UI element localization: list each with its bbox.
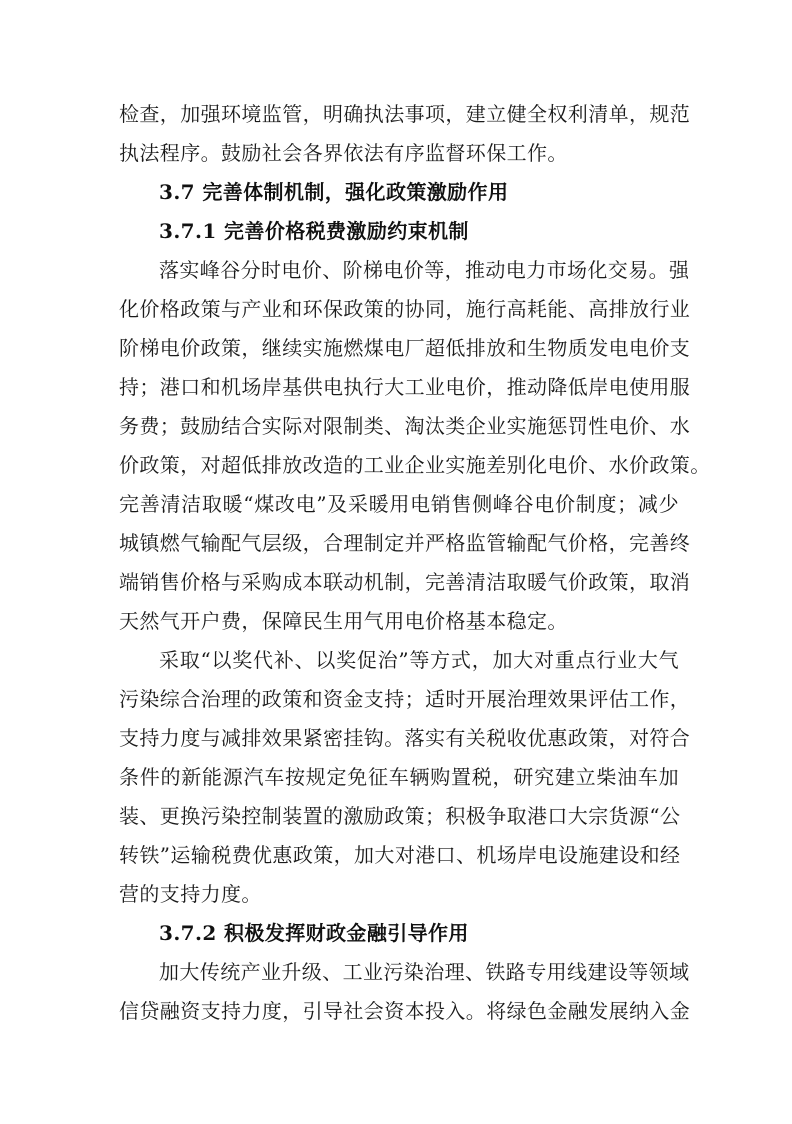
document-body: 检查，加强环境监管，明确执法事项，建立健全权利清单，规范 执法程序。鼓励社会各界… [119,95,679,1031]
body-line: 支持力度与减排效果紧密挂钩。落实有关税收优惠政策，对符合 [119,719,679,758]
body-line: 检查，加强环境监管，明确执法事项，建立健全权利清单，规范 [119,95,679,134]
body-line: 条件的新能源汽车按规定免征车辆购置税，研究建立柴油车加 [119,758,679,797]
body-line: 端销售价格与采购成本联动机制，完善清洁取暖气价政策，取消 [119,563,679,602]
paragraph-start-line: 加大传统产业升级、工业污染治理、铁路专用线建设等领域 [119,953,679,992]
paragraph-start-line: 采取“以奖代补、以奖促治”等方式，加大对重点行业大气 [119,641,679,680]
body-line: 完善清洁取暖“煤改电”及采暖用电销售侧峰谷电价制度；减少 [119,485,679,524]
body-line: 营的支持力度。 [119,875,679,914]
body-line: 污染综合治理的政策和资金支持；适时开展治理效果评估工作， [119,680,679,719]
body-line: 信贷融资支持力度，引导社会资本投入。将绿色金融发展纳入金 [119,992,679,1031]
body-line: 天然气开户费，保障民生用气用电价格基本稳定。 [119,602,679,641]
subsection-heading-3-7-2: 3.7.2 积极发挥财政金融引导作用 [119,914,679,953]
body-line: 转铁”运输税费优惠政策，加大对港口、机场岸电设施建设和经 [119,836,679,875]
body-line: 城镇燃气输配气层级，合理制定并严格监管输配气价格，完善终 [119,524,679,563]
body-line: 阶梯电价政策，继续实施燃煤电厂超低排放和生物质发电电价支 [119,329,679,368]
section-heading-3-7: 3.7 完善体制机制，强化政策激励作用 [119,173,679,212]
body-line: 化价格政策与产业和环保政策的协同，施行高耗能、高排放行业 [119,290,679,329]
body-line: 持；港口和机场岸基供电执行大工业电价，推动降低岸电使用服 [119,368,679,407]
body-line: 执法程序。鼓励社会各界依法有序监督环保工作。 [119,134,679,173]
body-line: 装、更换污染控制装置的激励政策；积极争取港口大宗货源“公 [119,797,679,836]
body-line: 价政策，对超低排放改造的工业企业实施差别化电价、水价政策。 [119,446,679,485]
subsection-heading-3-7-1: 3.7.1 完善价格税费激励约束机制 [119,212,679,251]
paragraph-start-line: 落实峰谷分时电价、阶梯电价等，推动电力市场化交易。强 [119,251,679,290]
document-page: 检查，加强环境监管，明确执法事项，建立健全权利清单，规范 执法程序。鼓励社会各界… [0,0,792,1124]
body-line: 务费；鼓励结合实际对限制类、淘汰类企业实施惩罚性电价、水 [119,407,679,446]
